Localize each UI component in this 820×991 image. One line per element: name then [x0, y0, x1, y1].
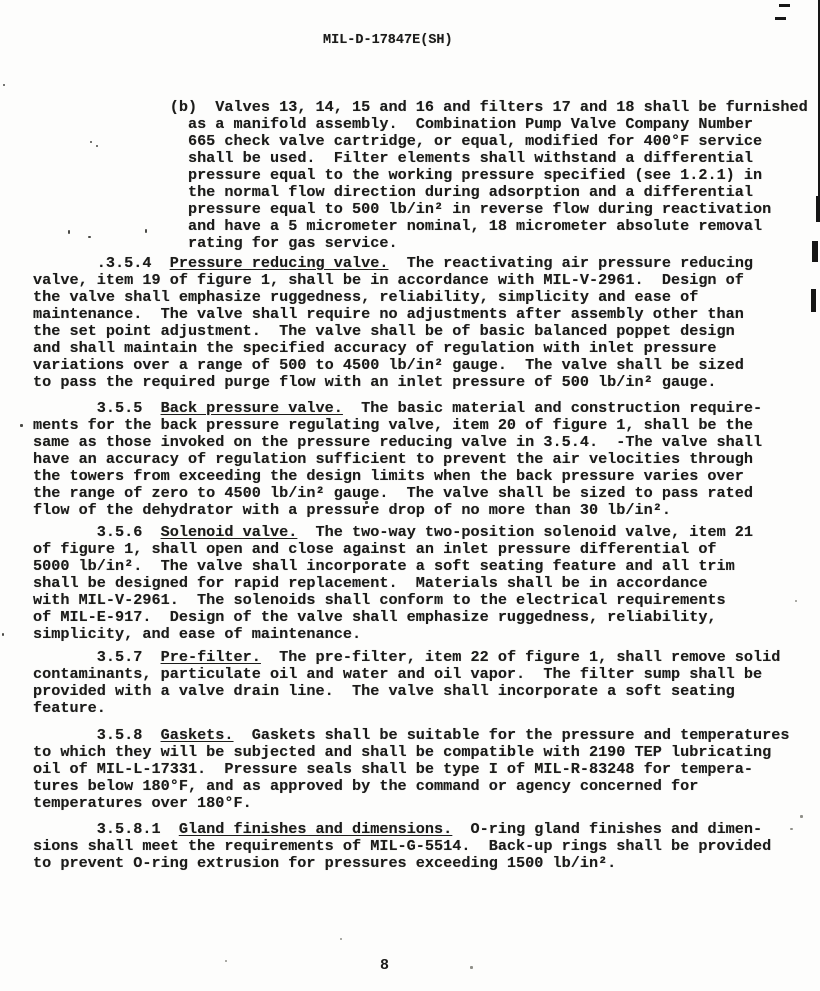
scan-speck [68, 230, 70, 234]
section-title: Pressure reducing valve. [170, 254, 389, 272]
section-number: 3.5.7 [69, 648, 160, 666]
section-title: Solenoid valve. [161, 523, 298, 541]
section-title: Back pressure valve. [161, 399, 343, 417]
scan-artifact-right-bar-1 [812, 241, 818, 262]
scan-speck [96, 145, 98, 147]
section-body: The basic material and construction requ… [33, 399, 762, 519]
section-title: Gland finishes and dimensions. [179, 820, 452, 838]
section-title: Gaskets. [161, 726, 234, 744]
scan-speck [88, 236, 91, 238]
scan-artifact-right-edge-thick [816, 196, 820, 222]
scan-speck [795, 600, 797, 602]
section-body: The reactivating air pressure reducing v… [33, 254, 753, 391]
paragraph-item-b-text: (b) Valves 13, 14, 15 and 16 and filters… [33, 98, 808, 252]
scan-speck [225, 960, 227, 962]
scan-speck [3, 84, 5, 86]
section-number: 3.5.6 [69, 523, 160, 541]
page-number: 8 [380, 957, 389, 974]
scan-speck [145, 229, 147, 233]
scan-speck [790, 828, 793, 830]
section-number: .3.5.4 [69, 254, 169, 272]
scan-artifact-dash-1 [779, 4, 790, 7]
scan-speck [470, 966, 473, 969]
scan-speck [20, 424, 23, 427]
scan-speck [90, 141, 92, 143]
scan-artifact-dash-2 [775, 17, 786, 20]
section-body: The two-way two-position solenoid valve,… [33, 523, 753, 643]
section-number: 3.5.8.1 [69, 820, 178, 838]
scan-artifact-right-bar-2 [811, 289, 816, 312]
section-number: 3.5.5 [69, 399, 160, 417]
scan-speck [800, 815, 803, 818]
scan-speck [365, 501, 368, 504]
section-title: Pre-filter. [161, 648, 261, 666]
scan-speck [340, 938, 342, 940]
section-3-5-8-1: 3.5.8.1 Gland finishes and dimensions. O… [33, 804, 815, 889]
document-page: MIL-D-17847E(SH) (b) Valves 13, 14, 15 a… [0, 0, 820, 991]
document-id-header: MIL-D-17847E(SH) [323, 33, 453, 48]
section-number: 3.5.8 [69, 726, 160, 744]
scan-speck [2, 633, 4, 636]
